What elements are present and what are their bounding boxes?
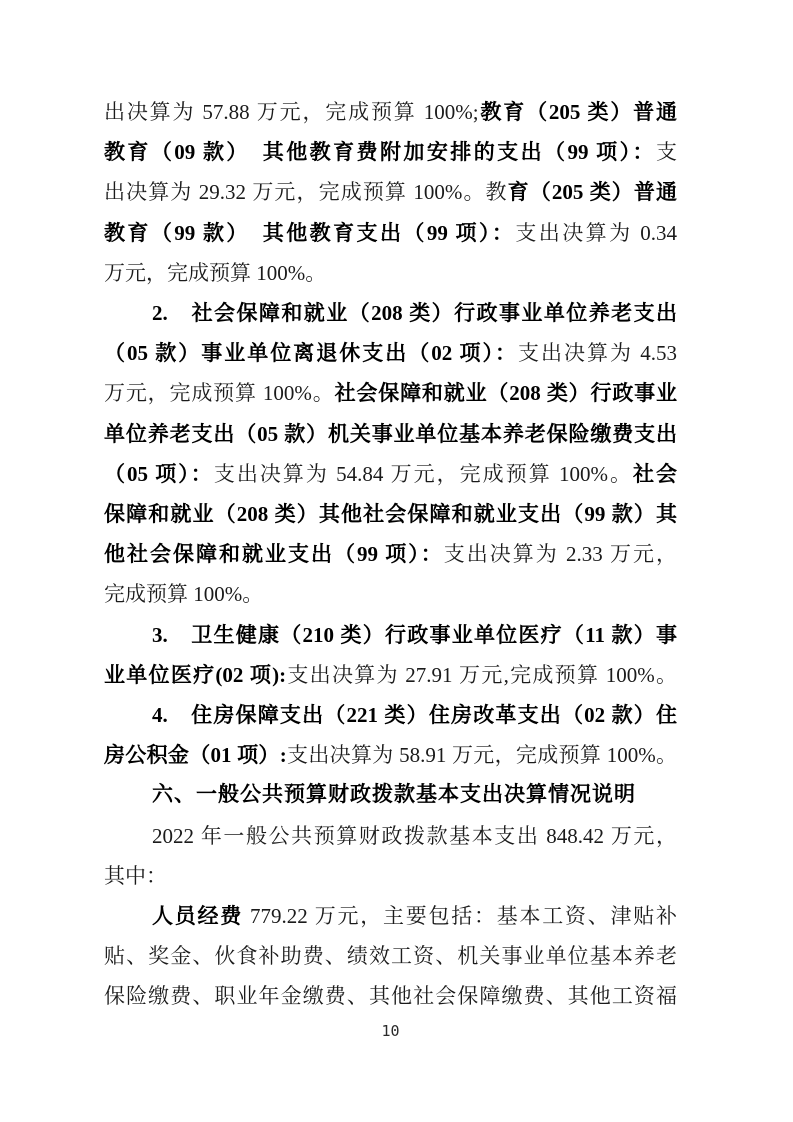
text-segment: 完成预算 100%。 <box>104 582 263 606</box>
text-line: （05 项）：支出决算为 54.84 万元，完成预算 100%。社会 <box>104 454 677 494</box>
text-line: 完成预算 100%。 <box>104 574 677 614</box>
text-segment: 4. 住房保障支出（221 类）住房改革支出（02 款）住 <box>152 703 677 727</box>
text-segment: 育（205 类）普通 <box>508 180 677 204</box>
text-segment: 保障和就业（208 类）其他社会保障和就业支出（99 款）其 <box>104 502 677 526</box>
text-segment: 社会 <box>633 462 677 486</box>
text-segment: 保险缴费、职业年金缴费、其他社会保障缴费、其他工资福 <box>104 984 677 1008</box>
text-segment: 教育（99 款） 其他教育支出（99 项）： <box>104 221 515 245</box>
text-segment: 支 <box>656 140 677 164</box>
document-body: 出决算为 57.88 万元，完成预算 100%;教育（205 类）普通教育（09… <box>104 92 677 1017</box>
text-line: 单位养老支出（05 款）机关事业单位基本养老保险缴费支出 <box>104 414 677 454</box>
text-segment: 支出决算为 2.33 万元， <box>444 542 677 566</box>
text-segment: 教育（09 款） 其他教育费附加安排的支出（99 项）： <box>104 140 656 164</box>
text-segment: 业单位医疗(02 项): <box>104 663 286 687</box>
text-segment: 3. 卫生健康（210 类）行政事业单位医疗（11 款）事 <box>152 623 677 647</box>
text-line: 教育（99 款） 其他教育支出（99 项）：支出决算为 0.34 <box>104 213 677 253</box>
text-segment: 房公积金（01 项）: <box>104 743 287 767</box>
text-line: 3. 卫生健康（210 类）行政事业单位医疗（11 款）事 <box>104 615 677 655</box>
section-heading: 六、一般公共预算财政拨款基本支出决算情况说明 <box>104 775 677 815</box>
text-line: 万元，完成预算 100%。 <box>104 253 677 293</box>
text-segment: 2022 年一般公共预算财政拨款基本支出 848.42 万元， <box>152 824 677 848</box>
text-line: 2. 社会保障和就业（208 类）行政事业单位养老支出 <box>104 293 677 333</box>
text-segment: 支出决算为 54.84 万元，完成预算 100%。 <box>214 462 633 486</box>
text-line: 教育（09 款） 其他教育费附加安排的支出（99 项）：支 <box>104 132 677 172</box>
text-segment: 出决算为 57.88 万元，完成预算 100%; <box>104 100 479 124</box>
text-line: （05 款）事业单位离退休支出（02 项）：支出决算为 4.53 <box>104 333 677 373</box>
text-line: 其中： <box>104 856 677 896</box>
text-line: 出决算为 29.32 万元，完成预算 100%。教育（205 类）普通 <box>104 172 677 212</box>
text-line: 贴、奖金、伙食补助费、绩效工资、机关事业单位基本养老 <box>104 936 677 976</box>
text-segment: 社会保障和就业（208 类）行政事业 <box>335 381 677 405</box>
text-segment: 单位养老支出（05 款）机关事业单位基本养老保险缴费支出 <box>104 422 677 446</box>
text-segment: 贴、奖金、伙食补助费、绩效工资、机关事业单位基本养老 <box>104 944 677 968</box>
text-line: 人员经费 779.22 万元，主要包括：基本工资、津贴补 <box>104 896 677 936</box>
text-line: 2022 年一般公共预算财政拨款基本支出 848.42 万元， <box>104 816 677 856</box>
text-segment: 万元，完成预算 100%。 <box>104 261 326 285</box>
text-line: 保险缴费、职业年金缴费、其他社会保障缴费、其他工资福 <box>104 976 677 1016</box>
text-segment: 出决算为 29.32 万元，完成预算 100%。教 <box>104 180 508 204</box>
page-number: 10 <box>104 1022 677 1040</box>
text-segment: 人员经费 <box>152 904 243 928</box>
text-segment: 支出决算为 58.91 万元，完成预算 100%。 <box>287 743 677 767</box>
text-line: 房公积金（01 项）:支出决算为 58.91 万元，完成预算 100%。 <box>104 735 677 775</box>
text-segment: 779.22 万元，主要包括：基本工资、津贴补 <box>243 904 677 928</box>
text-line: 他社会保障和就业支出（99 项）：支出决算为 2.33 万元， <box>104 534 677 574</box>
text-line: 业单位医疗(02 项):支出决算为 27.91 万元,完成预算 100%。 <box>104 655 677 695</box>
text-segment: 教育（205 类）普通 <box>479 100 677 124</box>
text-segment: 支出决算为 4.53 <box>518 341 677 365</box>
document-page: 出决算为 57.88 万元，完成预算 100%;教育（205 类）普通教育（09… <box>0 0 793 1122</box>
text-line: 万元，完成预算 100%。社会保障和就业（208 类）行政事业 <box>104 373 677 413</box>
text-segment: 支出决算为 0.34 <box>515 221 677 245</box>
text-segment: 万元，完成预算 100%。 <box>104 381 335 405</box>
text-segment: （05 款）事业单位离退休支出（02 项）： <box>104 341 518 365</box>
text-segment: 其中： <box>104 864 167 888</box>
text-segment: 他社会保障和就业支出（99 项）： <box>104 542 444 566</box>
text-line: 出决算为 57.88 万元，完成预算 100%;教育（205 类）普通 <box>104 92 677 132</box>
text-segment: 六、一般公共预算财政拨款基本支出决算情况说明 <box>152 783 636 806</box>
text-line: 4. 住房保障支出（221 类）住房改革支出（02 款）住 <box>104 695 677 735</box>
text-segment: （05 项）： <box>104 462 214 486</box>
text-line: 保障和就业（208 类）其他社会保障和就业支出（99 款）其 <box>104 494 677 534</box>
text-segment: 2. 社会保障和就业（208 类）行政事业单位养老支出 <box>152 301 677 325</box>
text-segment: 支出决算为 27.91 万元,完成预算 100%。 <box>286 663 677 687</box>
